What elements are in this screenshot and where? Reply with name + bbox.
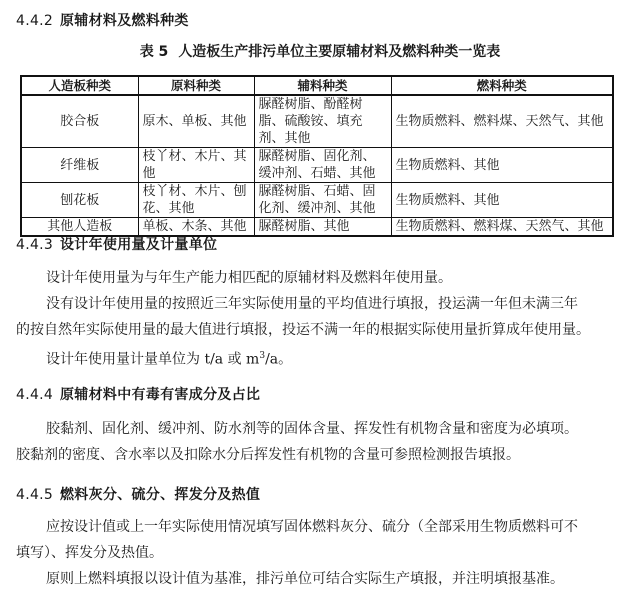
table-title: 人造板生产排污单位主要原辅材料及燃料种类一览表 bbox=[178, 44, 500, 60]
section-number: 4.4.2 bbox=[16, 13, 60, 29]
cell-auxiliary-material: 脲醛树脂、固化剂、缓冲剂、石蜡、其他 bbox=[254, 148, 391, 183]
section-title: 燃料灰分、硫分、挥发分及热值 bbox=[60, 487, 260, 503]
section-4-4-3-body: 设计年使用量为与年生产能力相匹配的原辅材料及燃料年使用量。 没有设计年使用量的按… bbox=[16, 265, 620, 373]
paragraph: 设计年使用量为与年生产能力相匹配的原辅材料及燃料年使用量。 bbox=[16, 265, 620, 291]
section-heading-4-4-4: 4.4.4原辅材料中有毒有害成分及占比 bbox=[16, 384, 260, 404]
section-title: 原辅材料及燃料种类 bbox=[60, 13, 189, 29]
table-header-row: 人造板种类 原料种类 辅料种类 燃料种类 bbox=[21, 76, 613, 95]
units-text: 设计年使用量计量单位为 t/a 或 m bbox=[46, 352, 259, 368]
cell-raw-material: 原木、单板、其他 bbox=[138, 95, 254, 148]
section-heading-4-4-5: 4.4.5燃料灰分、硫分、挥发分及热值 bbox=[16, 484, 260, 504]
section-4-4-5-body: 应按设计值或上一年实际使用情况填写固体燃料灰分、硫分（全部采用生物质燃料可不 填… bbox=[16, 514, 620, 591]
section-number: 4.4.3 bbox=[16, 237, 60, 253]
paragraph: 原则上燃料填报以设计值为基准，排污单位可结合实际生产填报，并注明填报基准。 bbox=[16, 566, 620, 591]
units-text-end: /a。 bbox=[265, 352, 292, 368]
table-number: 表 5 bbox=[140, 44, 169, 60]
cell-raw-material: 枝丫材、木片、刨花、其他 bbox=[138, 183, 254, 218]
section-4-4-4-body: 胶黏剂、固化剂、缓冲剂、防水剂等的固体含量、挥发性有机物含量和密度为必填项。 胶… bbox=[16, 416, 620, 468]
paragraph: 没有设计年使用量的按照近三年实际使用量的平均值进行填报，投运满一年但未满三年 bbox=[16, 291, 620, 317]
section-title: 原辅材料中有毒有害成分及占比 bbox=[60, 387, 260, 403]
cell-raw-material: 枝丫材、木片、其他 bbox=[138, 148, 254, 183]
header-board-type: 人造板种类 bbox=[21, 76, 138, 95]
paragraph-continuation: 的按自然年实际使用量的最大值进行填报，投运不满一年的根据实际使用量折算成年使用量… bbox=[16, 317, 620, 343]
section-number: 4.4.4 bbox=[16, 387, 60, 403]
cell-fuel-type: 生物质燃料、其他 bbox=[391, 148, 613, 183]
cell-fuel-type: 生物质燃料、燃料煤、天然气、其他 bbox=[391, 218, 613, 237]
header-auxiliary-material: 辅料种类 bbox=[254, 76, 391, 95]
section-heading-4-4-2: 4.4.2原辅材料及燃料种类 bbox=[16, 10, 189, 30]
section-heading-4-4-3: 4.4.3设计年使用量及计量单位 bbox=[16, 234, 217, 254]
table-caption: 表 5人造板生产排污单位主要原辅材料及燃料种类一览表 bbox=[0, 41, 640, 61]
paragraph: 应按设计值或上一年实际使用情况填写固体燃料灰分、硫分（全部采用生物质燃料可不 bbox=[16, 514, 620, 540]
paragraph-continuation: 填写）、挥发分及热值。 bbox=[16, 540, 620, 566]
table-row: 刨花板 枝丫材、木片、刨花、其他 脲醛树脂、石蜡、固化剂、缓冲剂、其他 生物质燃… bbox=[21, 183, 613, 218]
header-fuel-type: 燃料种类 bbox=[391, 76, 613, 95]
paragraph-continuation: 胶黏剂的密度、含水率以及扣除水分后挥发性有机物的含量可参照检测报告填报。 bbox=[16, 442, 620, 468]
cell-auxiliary-material: 脲醛树脂、酚醛树脂、硫酸铵、填充剂、其他 bbox=[254, 95, 391, 148]
cell-board-type: 刨花板 bbox=[21, 183, 138, 218]
cell-auxiliary-material: 脲醛树脂、其他 bbox=[254, 218, 391, 237]
cell-fuel-type: 生物质燃料、其他 bbox=[391, 183, 613, 218]
materials-fuel-table: 人造板种类 原料种类 辅料种类 燃料种类 胶合板 原木、单板、其他 脲醛树脂、酚… bbox=[20, 75, 614, 237]
section-title: 设计年使用量及计量单位 bbox=[60, 237, 217, 253]
cell-auxiliary-material: 脲醛树脂、石蜡、固化剂、缓冲剂、其他 bbox=[254, 183, 391, 218]
cell-board-type: 胶合板 bbox=[21, 95, 138, 148]
section-number: 4.4.5 bbox=[16, 487, 60, 503]
cell-fuel-type: 生物质燃料、燃料煤、天然气、其他 bbox=[391, 95, 613, 148]
header-raw-material: 原料种类 bbox=[138, 76, 254, 95]
paragraph: 胶黏剂、固化剂、缓冲剂、防水剂等的固体含量、挥发性有机物含量和密度为必填项。 bbox=[16, 416, 620, 442]
table-row: 胶合板 原木、单板、其他 脲醛树脂、酚醛树脂、硫酸铵、填充剂、其他 生物质燃料、… bbox=[21, 95, 613, 148]
cell-board-type: 纤维板 bbox=[21, 148, 138, 183]
table-row: 纤维板 枝丫材、木片、其他 脲醛树脂、固化剂、缓冲剂、石蜡、其他 生物质燃料、其… bbox=[21, 148, 613, 183]
paragraph-units: 设计年使用量计量单位为 t/a 或 m3/a。 bbox=[16, 343, 620, 373]
